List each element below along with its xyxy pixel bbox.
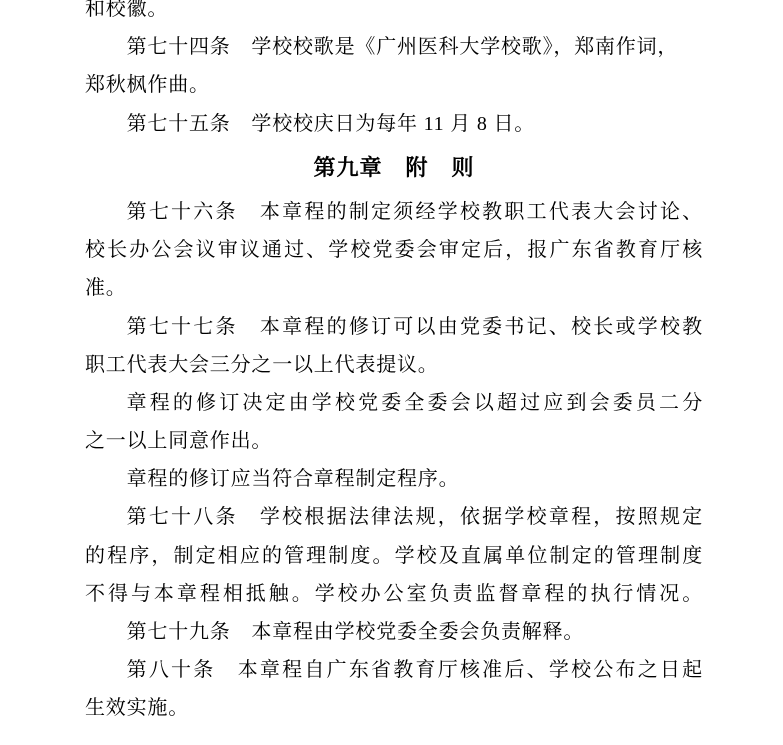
text-line: 第七十八条 学校根据法律法规，依据学校章程，按照规定 — [85, 498, 703, 536]
text-line: 第七十四条 学校校歌是《广州医科大学校歌》，郑南作词， — [85, 28, 703, 66]
text-line: 章程的修订应当符合章程制定程序。 — [85, 460, 703, 498]
text-line: 第七十六条 本章程的制定须经学校教职工代表大会讨论、 — [85, 193, 703, 231]
text-line: 的程序，制定相应的管理制度。学校及直属单位制定的管理制度 — [85, 537, 703, 575]
text-line: 章程的修订决定由学校党委全委会以超过应到会委员二分 — [85, 384, 703, 422]
text-line: 第七十九条 本章程由学校党委全委会负责解释。 — [85, 613, 703, 651]
text-line: 第七十七条 本章程的修订可以由党委书记、校长或学校教 — [85, 308, 703, 346]
text-line: 职工代表大会三分之一以上代表提议。 — [85, 346, 703, 384]
text-line: 生效实施。 — [85, 689, 703, 727]
text-line: 不得与本章程相抵触。学校办公室负责监督章程的执行情况。 — [85, 575, 703, 613]
text-line: 校长办公会议审议通过、学校党委会审定后，报广东省教育厅核 — [85, 231, 703, 269]
text-line: 和校徽。 — [85, 0, 703, 28]
text-line: 之一以上同意作出。 — [85, 422, 703, 460]
charter-text-block: 和校徽。第七十四条 学校校歌是《广州医科大学校歌》，郑南作词，郑秋枫作曲。第七十… — [85, 0, 703, 728]
text-line: 第八十条 本章程自广东省教育厅核准后、学校公布之日起 — [85, 651, 703, 689]
text-line: 第七十五条 学校校庆日为每年 11 月 8 日。 — [85, 105, 703, 143]
document-page: 和校徽。第七十四条 学校校歌是《广州医科大学校歌》，郑南作词，郑秋枫作曲。第七十… — [0, 0, 783, 745]
text-line: 准。 — [85, 269, 703, 307]
text-line: 郑秋枫作曲。 — [85, 66, 703, 104]
chapter-heading: 第九章 附 则 — [85, 149, 703, 187]
